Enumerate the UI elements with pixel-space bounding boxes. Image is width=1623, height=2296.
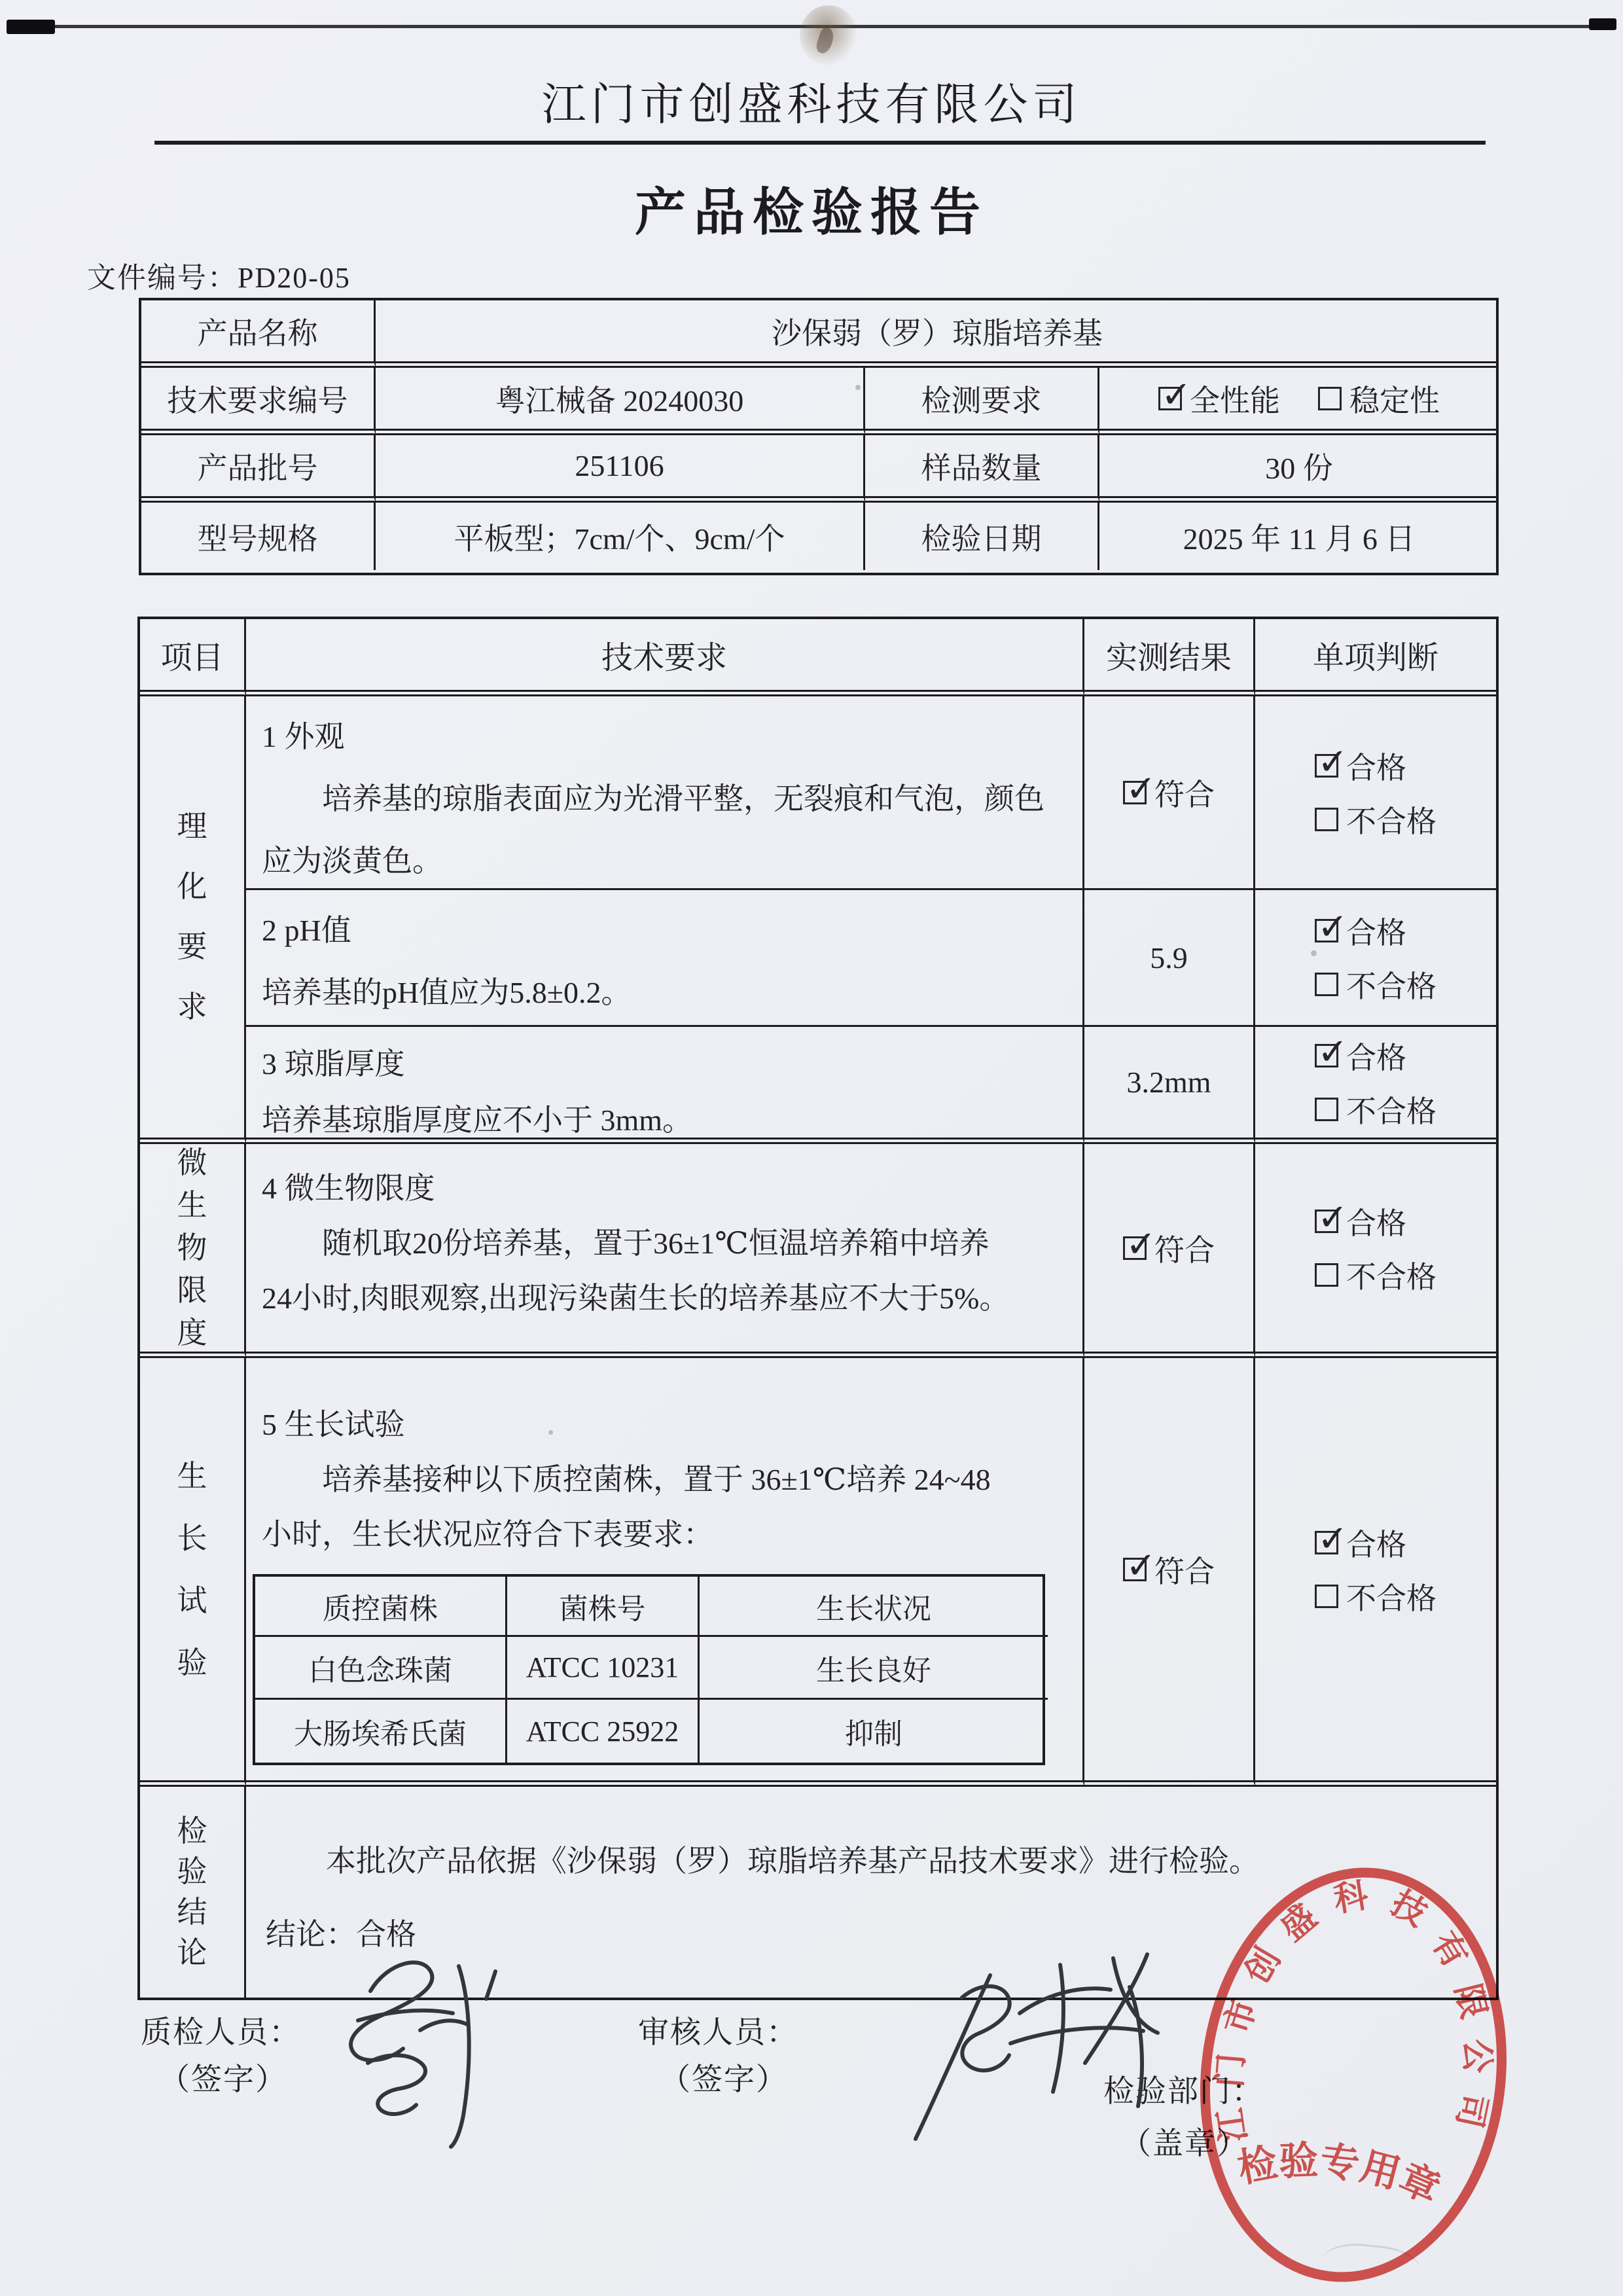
conclusion-cell: 本批次产品依据《沙保弱（罗）琼脂培养基产品技术要求》进行检验。 结论：合格 xyxy=(246,1787,1496,1998)
company-title: 江门市创盛科技有限公司 xyxy=(0,69,1623,133)
info-label-product-name: 产品名称 xyxy=(141,300,376,368)
info-value-sample-qty: 30 份 xyxy=(1099,435,1499,503)
checkbox-checked-icon xyxy=(1123,781,1147,804)
result-microbial: 符合 xyxy=(1084,1144,1255,1358)
checkbox-empty-icon xyxy=(1318,387,1342,410)
req-microbial: 4 微生物限度 随机取20份培养基，置于36±1℃恒温培养箱中培养 24小时,肉… xyxy=(246,1144,1084,1358)
strain-cell: 抑制 xyxy=(700,1700,1048,1763)
info-value-tech-req-no: 粤江械备 20240030 xyxy=(376,368,865,435)
qc-sign-label: （签字） xyxy=(159,2055,287,2099)
info-value-test-date: 2025 年 11 月 6 日 xyxy=(1099,503,1499,570)
title-divider xyxy=(154,141,1486,145)
result-thickness: 3.2mm xyxy=(1084,1027,1255,1144)
judge-microbial: 合格 不合格 xyxy=(1255,1144,1496,1358)
result-growth: 符合 xyxy=(1084,1358,1255,1787)
strain-cell: ATCC 25922 xyxy=(507,1700,700,1763)
req-appearance: 1 外观 培养基的琼脂表面应为光滑平整，无裂痕和气泡，颜色 应为淡黄色。 xyxy=(246,696,1084,890)
strain-cell: ATCC 10231 xyxy=(507,1637,700,1700)
section-label-physchem: 理化要求 xyxy=(140,696,246,1144)
judge-ph: 合格 不合格 xyxy=(1255,890,1496,1027)
checkbox-empty-icon xyxy=(1315,973,1338,996)
req-thickness: 3 琼脂厚度 培养基琼脂厚度应不小于 3mm。 xyxy=(246,1027,1084,1144)
document-number: 文件编号：PD20-05 xyxy=(87,254,351,296)
strain-cell: 白色念珠菌 xyxy=(255,1637,507,1700)
dept-seal-label: （盖章） xyxy=(1120,2119,1249,2163)
stamp-bottom-text: 检验专用章 xyxy=(1229,2128,1448,2215)
checkbox-checked-icon xyxy=(1123,1236,1147,1260)
scan-corner-left xyxy=(7,20,55,34)
judge-growth: 合格 不合格 xyxy=(1255,1358,1496,1787)
result-appearance: 符合 xyxy=(1084,696,1255,890)
col-header-judgement: 单项判断 xyxy=(1255,619,1496,696)
review-person-label: 审核人员： xyxy=(638,2008,798,2052)
strain-col-header: 菌株号 xyxy=(507,1577,700,1637)
strain-table: 质控菌株 菌株号 生长状况 白色念珠菌 ATCC 10231 生长良好 大肠埃希… xyxy=(253,1574,1045,1765)
col-header-result: 实测结果 xyxy=(1084,619,1255,696)
strain-col-header: 生长状况 xyxy=(700,1577,1048,1637)
col-header-item: 项目 xyxy=(140,619,246,696)
section-label-growth: 生长试验 xyxy=(140,1358,246,1787)
report-page: 江门市创盛科技有限公司 产品检验报告 文件编号：PD20-05 产品名称 沙保弱… xyxy=(0,0,1623,2296)
page-title: 产品检验报告 xyxy=(0,171,1623,245)
scan-smudge xyxy=(800,5,857,65)
info-label-model-spec: 型号规格 xyxy=(141,503,376,570)
dept-label: 检验部门： xyxy=(1103,2067,1264,2111)
info-value-test-req: 全性能 稳定性 xyxy=(1099,368,1499,435)
info-value-model-spec: 平板型；7cm/个、9cm/个 xyxy=(376,503,865,570)
judge-appearance: 合格 不合格 xyxy=(1255,696,1496,890)
option-full-performance: 全性能 xyxy=(1190,377,1280,420)
req-growth: 5 生长试验 培养基接种以下质控菌株，置于 36±1℃培养 24~48 小时，生… xyxy=(246,1358,1084,1787)
info-label-tech-req-no: 技术要求编号 xyxy=(141,368,376,435)
paper-crease xyxy=(1320,2240,1422,2291)
checkbox-checked-icon xyxy=(1315,1531,1338,1554)
section-label-conclusion: 检验结论 xyxy=(140,1787,246,1998)
checkbox-checked-icon xyxy=(1315,919,1338,942)
section-label-micro: 微生物限度 xyxy=(140,1144,246,1358)
info-value-product-name: 沙保弱（罗）琼脂培养基 xyxy=(376,300,1499,368)
option-stability: 稳定性 xyxy=(1349,377,1440,420)
col-header-requirement: 技术要求 xyxy=(246,619,1084,696)
info-label-batch-no: 产品批号 xyxy=(141,435,376,503)
strain-cell: 生长良好 xyxy=(700,1637,1048,1700)
checkbox-empty-icon xyxy=(1315,1098,1338,1121)
checkbox-checked-icon xyxy=(1315,1210,1338,1233)
scan-corner-right xyxy=(1589,18,1616,30)
info-value-batch-no: 251106 xyxy=(376,435,865,503)
inspection-result-table: 项目 技术要求 实测结果 单项判断 理化要求 微生物限度 生长试验 检验结论 1… xyxy=(137,617,1499,2000)
review-sign-label: （签字） xyxy=(660,2055,788,2099)
strain-col-header: 质控菌株 xyxy=(255,1577,507,1637)
qc-person-label: 质检人员： xyxy=(141,2008,301,2052)
strain-cell: 大肠埃希氏菌 xyxy=(255,1700,507,1763)
checkbox-checked-icon xyxy=(1315,1044,1338,1067)
checkbox-empty-icon xyxy=(1315,808,1338,831)
info-label-sample-qty: 样品数量 xyxy=(865,435,1099,503)
checkbox-checked-icon xyxy=(1123,1558,1147,1581)
info-label-test-req: 检测要求 xyxy=(865,368,1099,435)
checkbox-checked-icon xyxy=(1315,754,1338,778)
checkbox-empty-icon xyxy=(1315,1585,1338,1608)
judge-thickness: 合格 不合格 xyxy=(1255,1027,1496,1144)
product-info-table: 产品名称 沙保弱（罗）琼脂培养基 技术要求编号 粤江械备 20240030 检测… xyxy=(139,298,1499,575)
checkbox-empty-icon xyxy=(1315,1263,1338,1287)
result-ph: 5.9 xyxy=(1084,890,1255,1027)
checkbox-checked-icon xyxy=(1158,387,1182,410)
req-ph: 2 pH值 培养基的pH值应为5.8±0.2。 xyxy=(246,890,1084,1027)
info-label-test-date: 检验日期 xyxy=(865,503,1099,570)
